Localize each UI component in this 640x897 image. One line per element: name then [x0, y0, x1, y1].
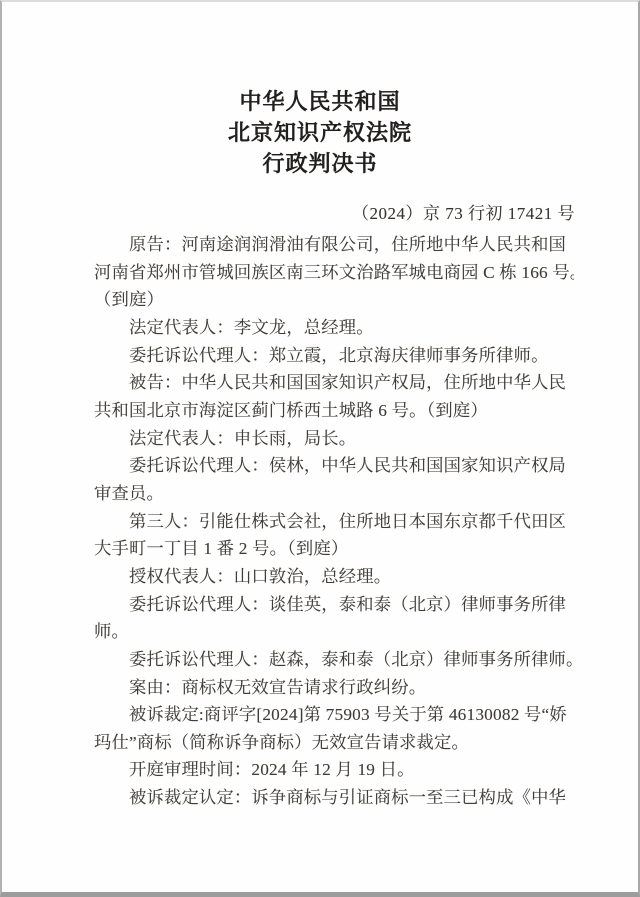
- title-country-line: 中华人民共和国: [2, 86, 638, 117]
- body-line-sued-ruling: 被诉裁定:商评字[2024]第 75903 号关于第 46130082 号“娇: [94, 701, 574, 729]
- judgment-document-page: 中华人民共和国 北京知识产权法院 行政判决书 （2024）京 73 行初 174…: [0, 0, 640, 897]
- title-doc-type-line: 行政判决书: [2, 148, 638, 179]
- body-line-defendant-attorney-cont: 审查员。: [94, 480, 574, 508]
- body-line-third-party-address: 大手町一丁目 1 番 2 号。（到庭）: [94, 535, 574, 563]
- document-title-block: 中华人民共和国 北京知识产权法院 行政判决书: [2, 2, 638, 179]
- document-body: 原告：河南途润润滑油有限公司，住所地中华人民共和国 河南省郑州市管城回族区南三环…: [2, 231, 638, 812]
- body-line-defendant-attorney: 委托诉讼代理人：侯林，中华人民共和国国家知识产权局: [94, 452, 574, 480]
- body-line-plaintiff-appeared: （到庭）: [94, 286, 574, 314]
- body-line-sued-ruling-cont: 玛仕”商标（简称诉争商标）无效宣告请求裁定。: [94, 729, 574, 757]
- body-line-third-party-representative: 授权代表人：山口敦治，总经理。: [94, 563, 574, 591]
- body-line-defendant-address: 共和国北京市海淀区蓟门桥西土城路 6 号。（到庭）: [94, 397, 574, 425]
- body-line-hearing-date: 开庭审理时间：2024 年 12 月 19 日。: [94, 756, 574, 784]
- body-line-ruling-finding: 被诉裁定认定：诉争商标与引证商标一至三已构成《中华: [94, 784, 574, 812]
- body-line-plaintiff-representative: 法定代表人：李文龙，总经理。: [94, 314, 574, 342]
- body-line-cause-of-action: 案由：商标权无效宣告请求行政纠纷。: [94, 674, 574, 702]
- body-line-third-party: 第三人：引能仕株式会社，住所地日本国东京都千代田区: [94, 508, 574, 536]
- body-line-third-party-attorney-1-cont: 师。: [94, 618, 574, 646]
- body-line-plaintiff-address: 河南省郑州市管城回族区南三环文治路军城电商园 C 栋 166 号。: [94, 259, 574, 287]
- body-line-third-party-attorney-2: 委托诉讼代理人：赵森，泰和泰（北京）律师事务所律师。: [94, 646, 574, 674]
- body-line-third-party-attorney-1: 委托诉讼代理人：谈佳英，泰和泰（北京）律师事务所律: [94, 591, 574, 619]
- body-line-plaintiff-attorney: 委托诉讼代理人：郑立霞，北京海庆律师事务所律师。: [94, 342, 574, 370]
- body-line-plaintiff: 原告：河南途润润滑油有限公司，住所地中华人民共和国: [94, 231, 574, 259]
- body-line-defendant: 被告：中华人民共和国国家知识产权局，住所地中华人民: [94, 369, 574, 397]
- case-number: （2024）京 73 行初 17421 号: [2, 200, 638, 227]
- body-line-defendant-representative: 法定代表人：申长雨，局长。: [94, 425, 574, 453]
- title-court-line: 北京知识产权法院: [2, 117, 638, 148]
